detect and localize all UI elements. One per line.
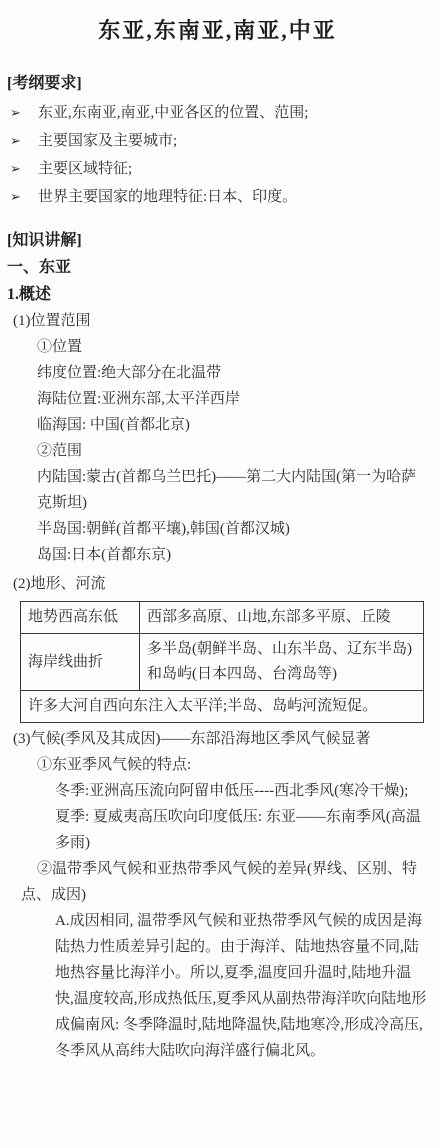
syllabus-item-text: 东亚,东南亚,南亚,中亚各区的位置、范围; [38,99,428,127]
section-east-asia-heading: 一、东亚 [7,254,428,281]
terrain-rivers-heading: (2)地形、河流 [7,571,428,597]
latitude-position-line: 纬度位置:绝大部分在北温带 [7,360,428,386]
table-cell-terrain-value: 西部多高原、山地,东部多平原、丘陵 [140,602,424,634]
arrow-bullet-icon: ➢ [10,127,38,155]
climate-heading: (3)气候(季风及其成因)——东部沿海地区季风气候显著 [7,726,428,752]
syllabus-item: ➢ 主要区域特征; [7,155,428,183]
monsoon-features-heading: ①东亚季风气候的特点: [7,752,428,778]
arrow-bullet-icon: ➢ [10,99,38,127]
table-cell-rivers-note: 许多大河自西向东注入太平洋;半岛、岛屿河流短促。 [21,691,424,723]
summer-monsoon-line: 夏季: 夏威夷高压吹向印度低压: 东亚——东南季风(高温多雨) [7,804,428,856]
terrain-rivers-table: 地势西高东低 西部多高原、山地,东部多平原、丘陵 海岸线曲折 多半岛(朝鲜半岛、… [20,601,424,723]
coastal-country-line: 临海国: 中国(首都北京) [7,412,428,438]
inland-country-line: 内陆国:蒙古(首都乌兰巴托)——第二大内陆国(第一为哈萨克斯坦) [7,464,428,516]
table-cell-terrain-label: 地势西高东低 [21,602,140,634]
table-cell-coastline-value: 多半岛(朝鲜半岛、山东半岛、辽东半岛)和岛屿(日本四岛、台湾岛等) [140,634,424,691]
document-page: 东亚,东南亚,南亚,中亚 [考纲要求] ➢ 东亚,东南亚,南亚,中亚各区的位置、… [0,0,440,1148]
knowledge-heading: [知识讲解] [7,227,428,254]
syllabus-item-text: 主要国家及主要城市; [38,127,428,155]
arrow-bullet-icon: ➢ [10,183,38,211]
monsoon-cause-paragraph: A.成因相同, 温带季风气候和亚热带季风气候的成因是海陆热力性质差异引起的。由于… [7,908,428,1064]
syllabus-item: ➢ 主要国家及主要城市; [7,127,428,155]
monsoon-difference-heading: ②温带季风气候和亚热带季风气候的差异(界线、区别、特点、成因) [7,856,428,908]
syllabus-item-text: 主要区域特征; [38,155,428,183]
page-title: 东亚,东南亚,南亚,中亚 [7,14,428,48]
syllabus-item: ➢ 世界主要国家的地理特征:日本、印度。 [7,183,428,211]
syllabus-list: ➢ 东亚,东南亚,南亚,中亚各区的位置、范围; ➢ 主要国家及主要城市; ➢ 主… [7,99,428,211]
table-row: 许多大河自西向东注入太平洋;半岛、岛屿河流短促。 [21,691,424,723]
position-subheading: ①位置 [7,334,428,360]
table-cell-coastline-label: 海岸线曲折 [21,634,140,691]
island-country-line: 岛国:日本(首都东京) [7,542,428,568]
location-range-heading: (1)位置范围 [7,308,428,334]
overview-heading: 1.概述 [7,281,428,308]
range-subheading: ②范围 [7,438,428,464]
sea-land-position-line: 海陆位置:亚洲东部,太平洋西岸 [7,386,428,412]
syllabus-item: ➢ 东亚,东南亚,南亚,中亚各区的位置、范围; [7,99,428,127]
syllabus-heading: [考纲要求] [7,70,428,97]
table-row: 地势西高东低 西部多高原、山地,东部多平原、丘陵 [21,602,424,634]
syllabus-item-text: 世界主要国家的地理特征:日本、印度。 [38,183,428,211]
peninsula-countries-line: 半岛国:朝鲜(首都平壤),韩国(首都汉城) [7,516,428,542]
arrow-bullet-icon: ➢ [10,155,38,183]
winter-monsoon-line: 冬季:亚洲高压流向阿留申低压----西北季风(寒冷干燥); [7,778,428,804]
table-row: 海岸线曲折 多半岛(朝鲜半岛、山东半岛、辽东半岛)和岛屿(日本四岛、台湾岛等) [21,634,424,691]
